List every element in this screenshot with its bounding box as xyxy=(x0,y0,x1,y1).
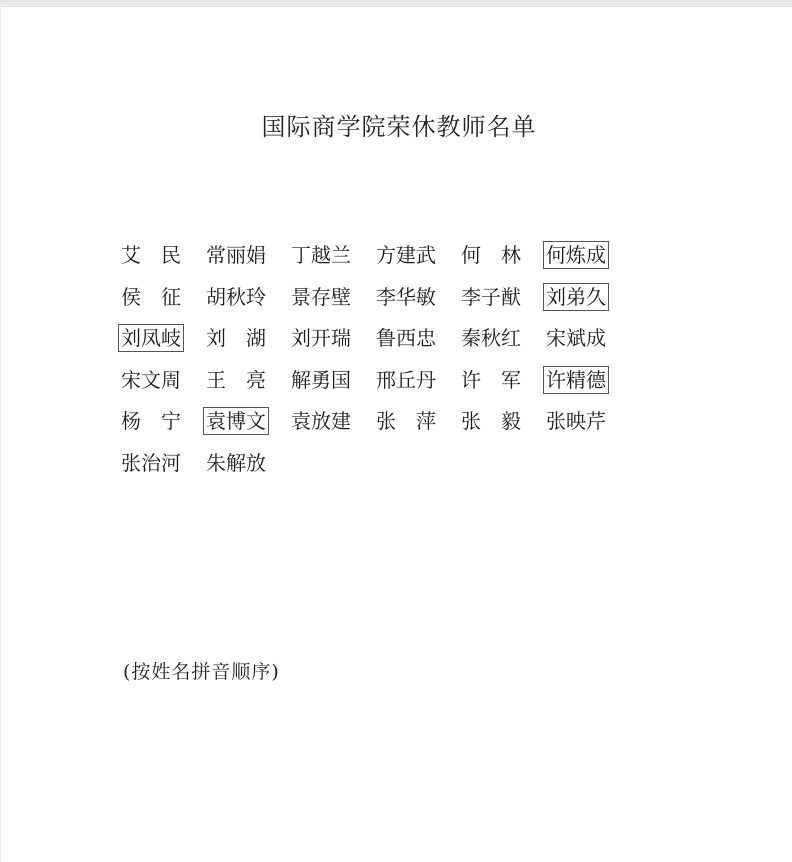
name-text: 刘凤岐 xyxy=(118,324,184,352)
name-text: 邢丘丹 xyxy=(376,368,436,392)
name-row: 刘凤岐刘 湖刘开瑞鲁西忠秦秋红宋斌成 xyxy=(121,323,641,365)
name-entry: 张 萍 xyxy=(376,406,436,436)
name-entry: 李华敏 xyxy=(376,282,436,312)
name-row: 艾 民常丽娟丁越兰方建武何 林何炼成 xyxy=(121,240,641,282)
name-row: 张治河朱解放 xyxy=(121,448,641,490)
name-text: 王 亮 xyxy=(206,368,266,392)
name-entry: 宋文周 xyxy=(121,365,181,395)
name-entry: 许 军 xyxy=(461,365,521,395)
boxed-name-entry: 刘凤岐 xyxy=(118,323,184,353)
name-entry: 丁越兰 xyxy=(291,240,351,270)
name-entry: 刘开瑞 xyxy=(291,323,351,353)
name-entry: 张 毅 xyxy=(461,406,521,436)
boxed-name-entry: 何炼成 xyxy=(543,240,609,270)
document-title: 国际商学院荣休教师名单 xyxy=(1,111,792,143)
name-row: 杨 宁袁博文袁放建张 萍张 毅张映芹 xyxy=(121,406,641,448)
name-entry: 宋斌成 xyxy=(546,323,606,353)
name-text: 张治河 xyxy=(121,451,181,475)
name-text: 何炼成 xyxy=(543,241,609,269)
name-text: 侯 征 xyxy=(121,285,181,309)
name-text: 解勇国 xyxy=(291,368,351,392)
name-row: 宋文周王 亮解勇国邢丘丹许 军许精德 xyxy=(121,365,641,407)
name-entry: 王 亮 xyxy=(206,365,266,395)
name-entry: 侯 征 xyxy=(121,282,181,312)
name-text: 许精德 xyxy=(543,366,609,394)
name-text: 张 毅 xyxy=(461,409,521,433)
name-entry: 常丽娟 xyxy=(206,240,266,270)
boxed-name-entry: 袁博文 xyxy=(203,406,269,436)
name-text: 李子猷 xyxy=(461,285,521,309)
name-entry: 秦秋红 xyxy=(461,323,521,353)
name-text: 艾 民 xyxy=(121,243,181,267)
name-text: 张映芹 xyxy=(546,409,606,433)
name-entry: 张映芹 xyxy=(546,406,606,436)
name-entry: 何 林 xyxy=(461,240,521,270)
name-text: 宋斌成 xyxy=(546,326,606,350)
name-text: 秦秋红 xyxy=(461,326,521,350)
name-text: 刘弟久 xyxy=(543,283,609,311)
name-text: 方建武 xyxy=(376,243,436,267)
name-row: 侯 征胡秋玲景存壁李华敏李子猷刘弟久 xyxy=(121,282,641,324)
name-text: 刘开瑞 xyxy=(291,326,351,350)
name-text: 丁越兰 xyxy=(291,243,351,267)
name-text: 许 军 xyxy=(461,368,521,392)
name-entry: 刘 湖 xyxy=(206,323,266,353)
name-text: 杨 宁 xyxy=(121,409,181,433)
sort-order-note: (按姓名拼音顺序) xyxy=(123,659,280,685)
retired-faculty-name-list: 艾 民常丽娟丁越兰方建武何 林何炼成侯 征胡秋玲景存壁李华敏李子猷刘弟久刘凤岐刘… xyxy=(121,240,641,489)
name-entry: 袁放建 xyxy=(291,406,351,436)
name-text: 张 萍 xyxy=(376,409,436,433)
name-text: 胡秋玲 xyxy=(206,285,266,309)
boxed-name-entry: 刘弟久 xyxy=(543,282,609,312)
name-entry: 朱解放 xyxy=(206,448,266,478)
name-text: 何 林 xyxy=(461,243,521,267)
name-text: 鲁西忠 xyxy=(376,326,436,350)
name-entry: 艾 民 xyxy=(121,240,181,270)
page-top-border xyxy=(0,0,792,7)
name-text: 朱解放 xyxy=(206,451,266,475)
name-entry: 邢丘丹 xyxy=(376,365,436,395)
name-entry: 李子猷 xyxy=(461,282,521,312)
name-entry: 杨 宁 xyxy=(121,406,181,436)
name-text: 常丽娟 xyxy=(206,243,266,267)
name-entry: 张治河 xyxy=(121,448,181,478)
name-text: 袁放建 xyxy=(291,409,351,433)
name-entry: 方建武 xyxy=(376,240,436,270)
name-text: 宋文周 xyxy=(121,368,181,392)
name-text: 李华敏 xyxy=(376,285,436,309)
name-entry: 景存壁 xyxy=(291,282,351,312)
name-entry: 胡秋玲 xyxy=(206,282,266,312)
name-text: 景存壁 xyxy=(291,285,351,309)
boxed-name-entry: 许精德 xyxy=(543,365,609,395)
name-entry: 解勇国 xyxy=(291,365,351,395)
document-page: 国际商学院荣休教师名单 艾 民常丽娟丁越兰方建武何 林何炼成侯 征胡秋玲景存壁李… xyxy=(1,7,792,862)
name-text: 刘 湖 xyxy=(206,326,266,350)
name-text: 袁博文 xyxy=(203,407,269,435)
name-entry: 鲁西忠 xyxy=(376,323,436,353)
